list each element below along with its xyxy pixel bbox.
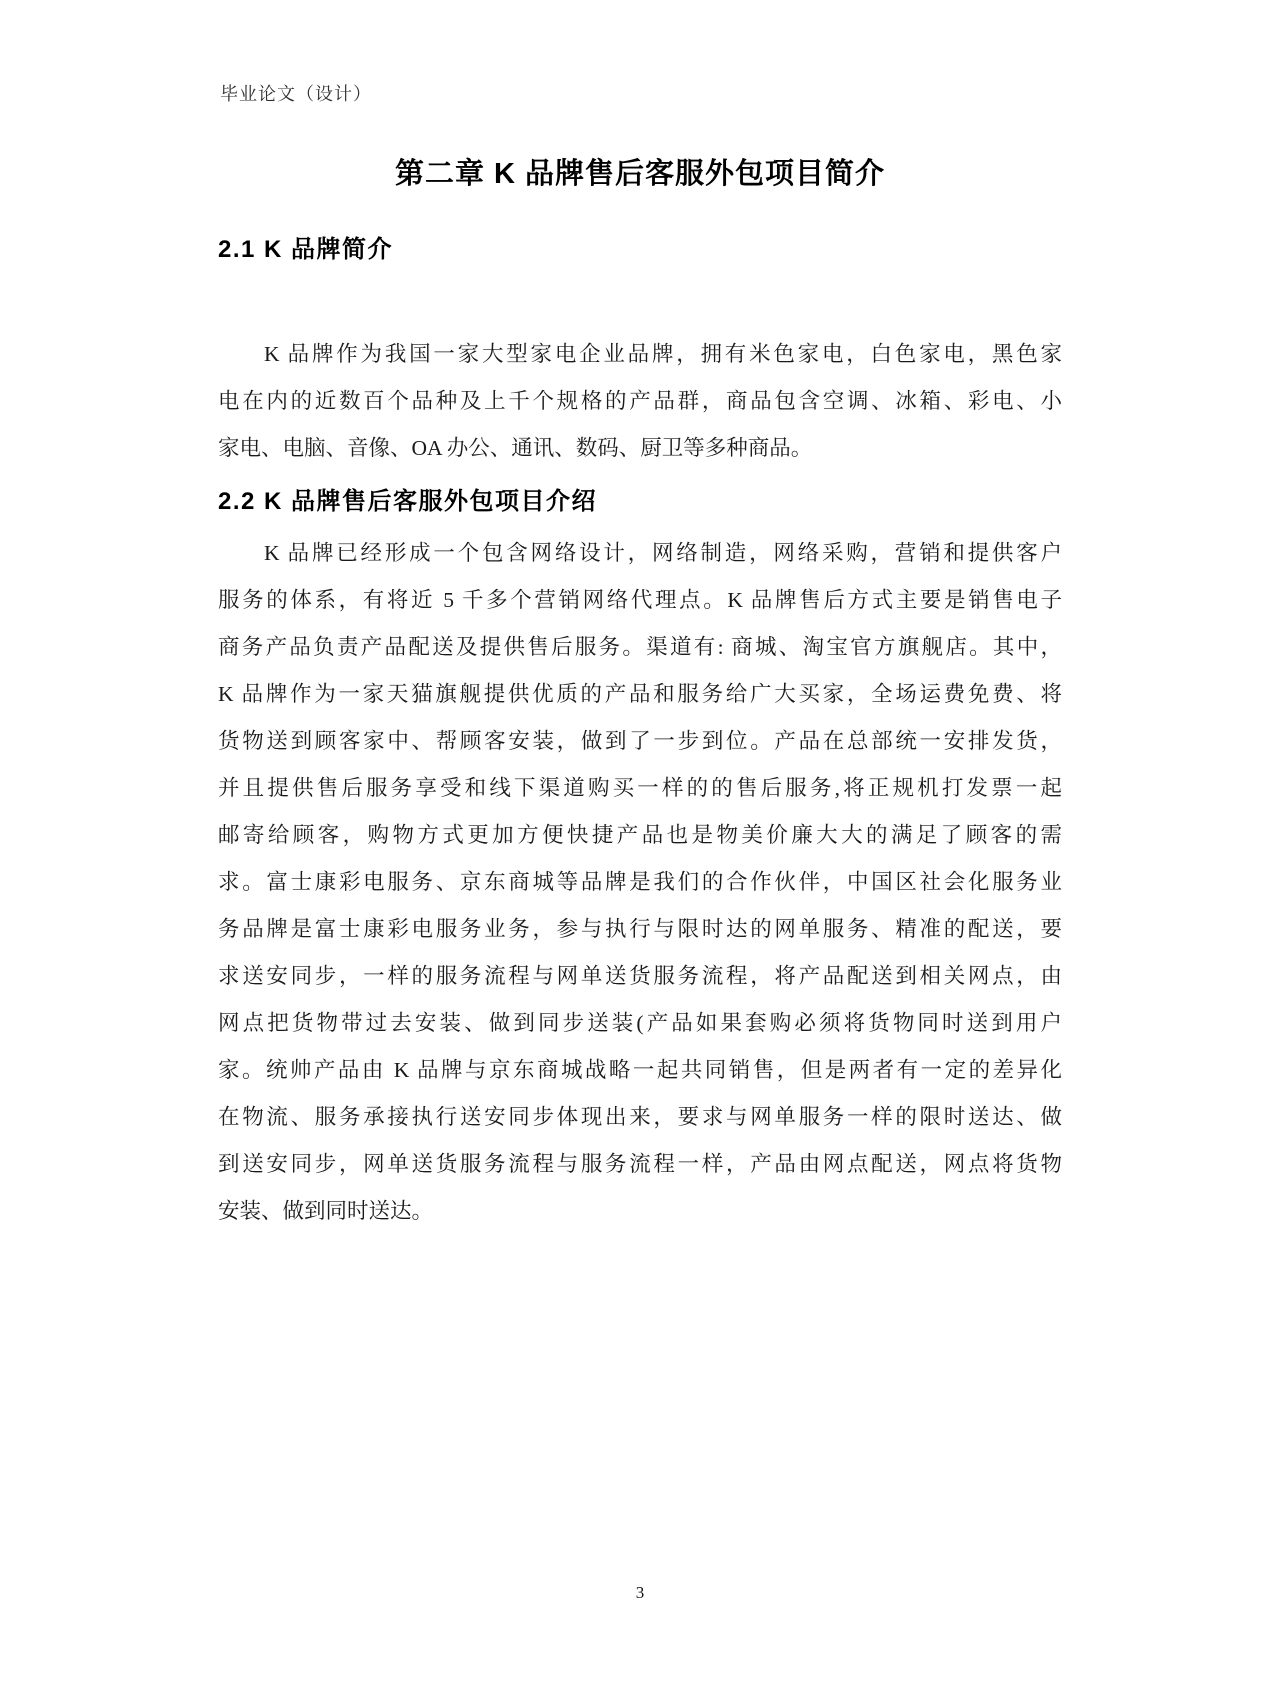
paragraph-line: 货物送到顾客家中、帮顾客安装，做到了一步到位。产品在总部统一安排发货，: [218, 718, 1062, 765]
paragraph-line: K 品牌作为一家天猫旗舰提供优质的产品和服务给广大买家，全场运费免费、将: [218, 671, 1062, 718]
paragraph-line: 求送安同步，一样的服务流程与网单送货服务流程，将产品配送到相关网点，由: [218, 953, 1062, 1000]
paragraph-line: 到送安同步，网单送货服务流程与服务流程一样，产品由网点配送，网点将货物: [218, 1141, 1062, 1188]
paragraph-line: 求。富士康彩电服务、京东商城等品牌是我们的合作伙伴，中国区社会化服务业: [218, 859, 1062, 906]
chapter-title: 第二章 K 品牌售后客服外包项目简介: [218, 151, 1062, 192]
paragraph-line: 并且提供售后服务享受和线下渠道购买一样的的售后服务,将正规机打发票一起: [218, 765, 1062, 812]
paragraph-line: K 品牌作为我国一家大型家电企业品牌，拥有米色家电，白色家电，黑色家: [218, 331, 1062, 378]
paragraph-line: K 品牌已经形成一个包含网络设计，网络制造，网络采购，营销和提供客户: [218, 530, 1062, 577]
paragraph-brand-intro: K 品牌作为我国一家大型家电企业品牌，拥有米色家电，白色家电，黑色家电在内的近数…: [218, 331, 1062, 472]
page-number: 3: [218, 1583, 1062, 1603]
section-heading-2-1: 2.1 K 品牌简介: [218, 229, 1062, 264]
paragraph-line: 在物流、服务承接执行送安同步体现出来，要求与网单服务一样的限时送达、做: [218, 1094, 1062, 1141]
paragraph-line: 商务产品负责产品配送及提供售后服务。渠道有: 商城、淘宝官方旗舰店。其中，: [218, 624, 1062, 671]
paragraph-line: 电在内的近数百个品种及上千个规格的产品群，商品包含空调、冰箱、彩电、小: [218, 378, 1062, 425]
paragraph-project-intro: K 品牌已经形成一个包含网络设计，网络制造，网络采购，营销和提供客户服务的体系，…: [218, 530, 1062, 1235]
document-page: 毕业论文（设计） 第二章 K 品牌售后客服外包项目简介 2.1 K 品牌简介 K…: [0, 0, 1280, 1707]
paragraph-line: 网点把货物带过去安装、做到同步送装(产品如果套购必须将货物同时送到用户: [218, 1000, 1062, 1047]
paragraph-line: 安装、做到同时送达。: [218, 1188, 1062, 1235]
running-header: 毕业论文（设计）: [220, 80, 372, 106]
paragraph-line: 邮寄给顾客，购物方式更加方便快捷产品也是物美价廉大大的满足了顾客的需: [218, 812, 1062, 859]
section-heading-2-2: 2.2 K 品牌售后客服外包项目介绍: [218, 481, 1062, 516]
paragraph-line: 家电、电脑、音像、OA 办公、通讯、数码、厨卫等多种商品。: [218, 425, 1062, 472]
paragraph-line: 服务的体系，有将近 5 千多个营销网络代理点。K 品牌售后方式主要是销售电子: [218, 577, 1062, 624]
paragraph-line: 务品牌是富士康彩电服务业务，参与执行与限时达的网单服务、精准的配送，要: [218, 906, 1062, 953]
paragraph-line: 家。统帅产品由 K 品牌与京东商城战略一起共同销售，但是两者有一定的差异化: [218, 1047, 1062, 1094]
